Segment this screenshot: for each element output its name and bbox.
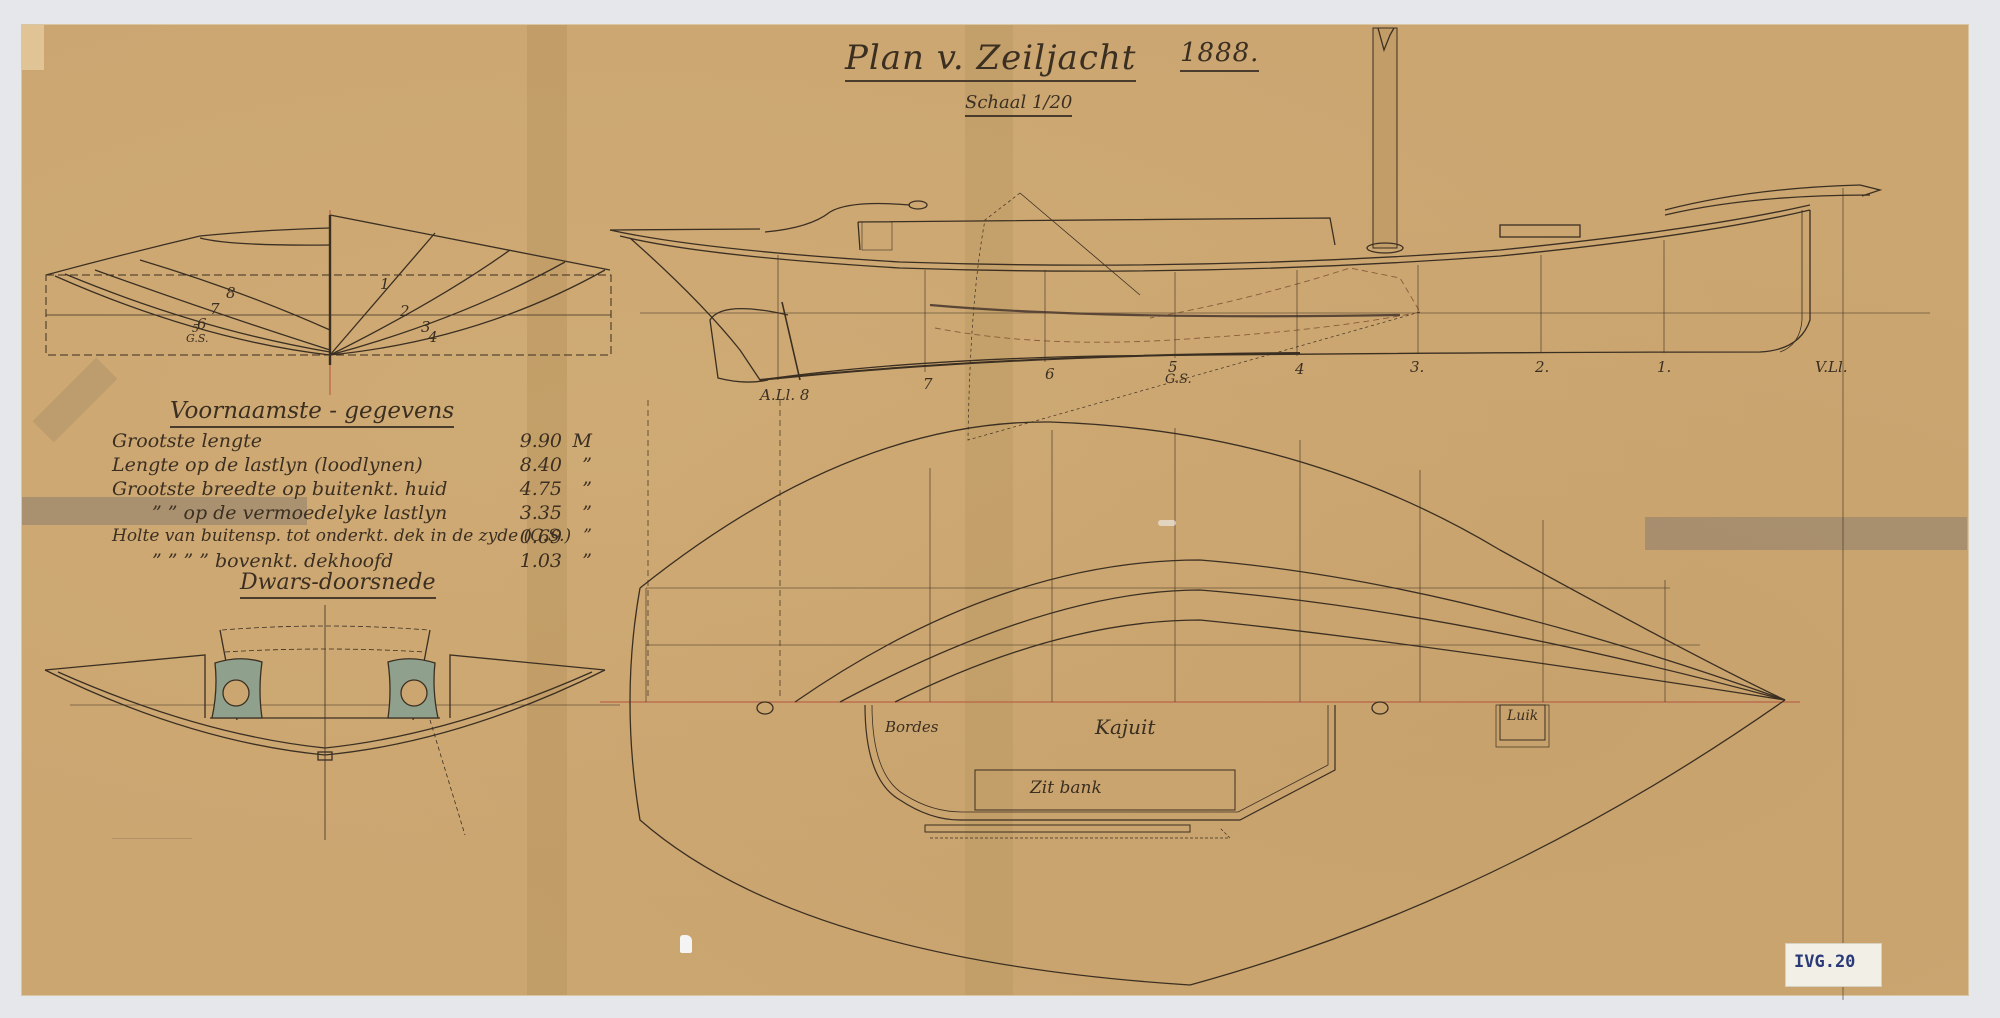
body-plan (46, 210, 611, 395)
spec-unit: M (573, 430, 592, 452)
deck-label-kajuit: Kajuit (1095, 715, 1155, 739)
spec-value: 3.35 (520, 502, 562, 524)
scale-text: Schaal 1/20 (965, 92, 1072, 113)
profile-station-vll: V.Ll. (1815, 358, 1848, 376)
body-plan-station-4: 4 (428, 328, 438, 346)
drawing-scale: Schaal 1/20 (965, 92, 1072, 117)
spec-value: 4.75 (520, 478, 562, 500)
spec-row: Lengte op de lastlyn (loodlynen) 8.40 ” (112, 454, 592, 478)
spec-value: 8.40 (520, 454, 562, 476)
archive-stamp-left (112, 818, 192, 839)
body-plan-station-8: 8 (226, 284, 236, 302)
specifications-table: Grootste lengte 9.90 M Lengte op de last… (112, 430, 592, 574)
spec-value: 0.69 (520, 526, 562, 548)
catalog-number: IVG.20 (1794, 952, 1855, 972)
plan-view (600, 400, 1800, 985)
deck-label-luik: Luik (1507, 708, 1538, 724)
archive-stamp-bottom (360, 930, 470, 954)
spec-row: Holte van buitensp. tot onderkt. dek in … (112, 526, 592, 550)
year-text: 1888. (1180, 38, 1259, 68)
deck-label-zitbank: Zit bank (1030, 778, 1102, 798)
spec-label: Lengte op de lastlyn (loodlynen) (112, 454, 423, 476)
deck-label-bordes: Bordes (885, 718, 938, 736)
spec-unit: ” (582, 478, 592, 500)
spec-unit: ” (583, 526, 592, 546)
spec-unit: ” (582, 454, 592, 476)
specifications-heading: Voornaamste - gegevens (170, 398, 454, 428)
profile-station-all8: A.Ll. 8 (760, 386, 809, 404)
drawing-year: 1888. (1180, 38, 1259, 72)
drawing-title: Plan v. Zeiljacht (845, 38, 1136, 82)
spec-label: Grootste lengte (112, 430, 262, 452)
body-plan-station-7: 7 (210, 300, 220, 318)
body-plan-station-2: 2 (400, 302, 410, 320)
profile-station-1: 1. (1657, 358, 1671, 376)
profile-station-2: 2. (1535, 358, 1549, 376)
profile-station-3: 3. (1410, 358, 1424, 376)
body-plan-station-gs: G.S. (186, 332, 209, 345)
side-profile (610, 28, 1930, 1000)
spec-label: ” ” op de vermoedelyke lastlyn (152, 502, 447, 524)
spec-unit: ” (582, 502, 592, 524)
spec-label: ” ” ” ” bovenkt. dekhoofd (152, 550, 393, 572)
body-plan-station-1: 1 (380, 275, 390, 293)
spec-value: 9.90 (520, 430, 562, 452)
title-text: Plan v. Zeiljacht (845, 38, 1136, 78)
spec-row: Grootste lengte 9.90 M (112, 430, 592, 454)
spec-unit: ” (582, 550, 592, 572)
spec-row: Grootste breedte op buitenkt. huid 4.75 … (112, 478, 592, 502)
profile-station-6: 6 (1045, 365, 1055, 383)
spec-label: Holte van buitensp. tot onderkt. dek in … (112, 526, 571, 546)
spec-value: 1.03 (520, 550, 562, 572)
cross-section-drawing (45, 605, 620, 840)
profile-station-7: 7 (923, 375, 933, 393)
paper-tear (1158, 520, 1176, 526)
profile-station-4: 4 (1295, 360, 1305, 378)
paper-tear (680, 935, 692, 953)
profile-station-gs: G.S. (1165, 372, 1192, 387)
spec-label: Grootste breedte op buitenkt. huid (112, 478, 447, 500)
catalog-label: IVG.20 (1785, 943, 1882, 987)
cross-section-heading: Dwars-doorsnede (240, 570, 436, 599)
spec-row: ” ” op de vermoedelyke lastlyn 3.35 ” (112, 502, 592, 526)
